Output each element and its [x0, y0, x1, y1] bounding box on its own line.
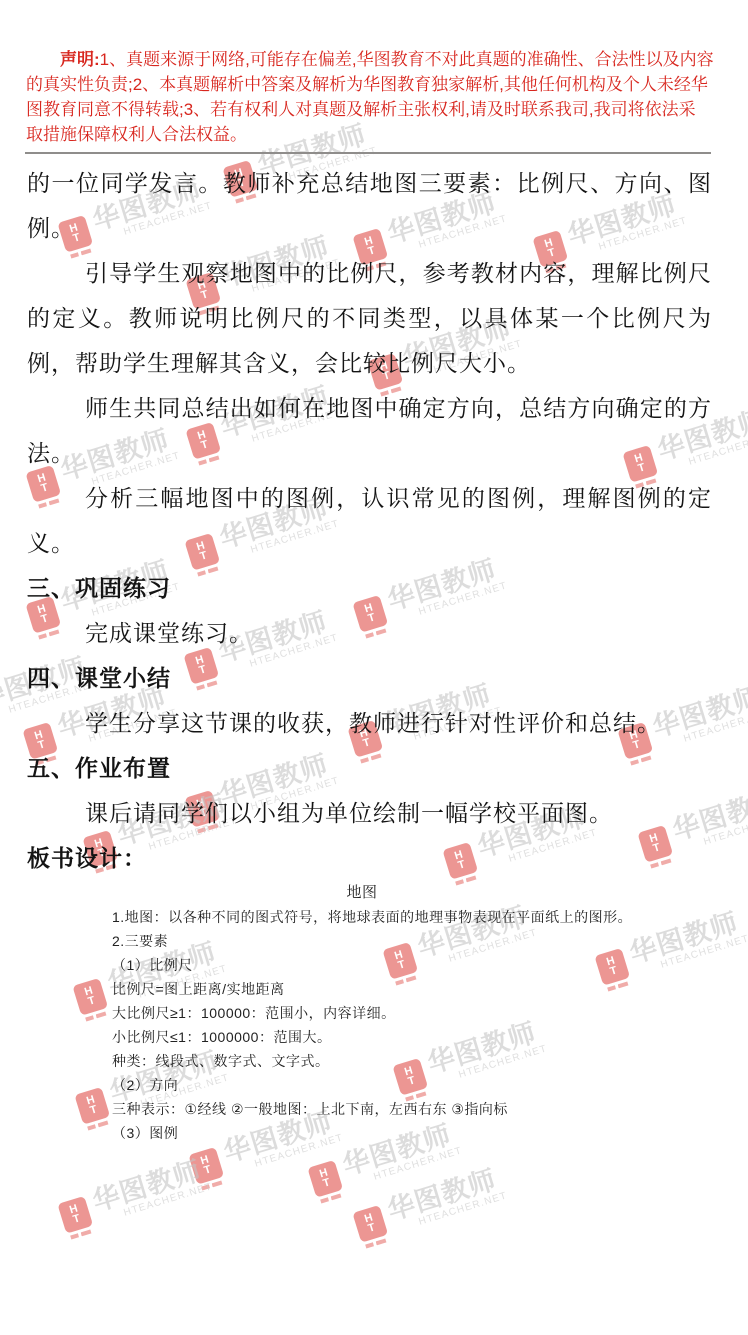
watermark-domain-text: HTEACHER.NET	[122, 1181, 213, 1218]
disclaimer-line: 图教育同意不得转载;3、若有权利人对真题及解析主张权利,请及时联系我司,我司将依…	[26, 97, 718, 122]
board-line: 三种表示：①经线 ②一般地图：上北下南，左西右东 ③指向标	[112, 1097, 637, 1121]
paragraph-scale: 引导学生观察地图中的比例尺，参考教材内容，理解比例尺的定义。教师说明比例尺的不同…	[27, 251, 712, 386]
board-line: （1）比例尺	[112, 953, 637, 977]
paragraph-homework: 课后请同学们以小组为单位绘制一幅学校平面图。	[27, 791, 712, 836]
watermark-domain-text: HTEACHER.NET	[372, 1145, 463, 1182]
board-line: （3）图例	[112, 1121, 637, 1145]
paragraph-direction: 师生共同总结出如何在地图中确定方向，总结方向确定的方法。	[27, 386, 712, 476]
heading-class-summary: 四、课堂小结	[27, 656, 712, 701]
paragraph-legend: 分析三幅地图中的图例，认识常见的图例，理解图例的定义。	[27, 476, 712, 566]
board-line: 比例尺=图上距离/实地距离	[112, 977, 637, 1001]
huatu-logo-icon: HT	[57, 1195, 93, 1233]
document-page: HT华图教师HTEACHER.NETHT华图教师HTEACHER.NETHT华图…	[0, 0, 748, 1335]
board-design-section: 地图 1.地图：以各种不同的图式符号，将地球表面的地理事物表现在平面纸上的图形。…	[112, 881, 637, 1145]
watermark: HT华图教师HTEACHER.NET	[351, 1164, 509, 1245]
disclaimer-line: 取措施保障权利人合法权益。	[26, 122, 718, 147]
disclaimer-text: 1、真题来源于网络,可能存在偏差,华图教育不对此真题的准确性、合法性以及内容	[100, 50, 714, 69]
heading-homework: 五、作业布置	[27, 746, 712, 791]
board-line: 2.三要素	[112, 929, 637, 953]
board-line: 小比例尺≤1：1000000：范围大。	[112, 1025, 637, 1049]
disclaimer-line: 声明:1、真题来源于网络,可能存在偏差,华图教育不对此真题的准确性、合法性以及内…	[26, 47, 718, 72]
board-line: （2）方向	[112, 1073, 637, 1097]
board-title: 地图	[112, 881, 612, 905]
board-line: 1.地图：以各种不同的图式符号，将地球表面的地理事物表现在平面纸上的图形。	[112, 905, 637, 929]
board-line: 种类：线段式、数字式、文字式。	[112, 1049, 637, 1073]
watermark: HT华图教师HTEACHER.NET	[56, 1155, 214, 1236]
paragraph-class-summary: 学生分享这节课的收获，教师进行针对性评价和总结。	[27, 701, 712, 746]
paragraph-map-three-elements: 的一位同学发言。教师补充总结地图三要素：比例尺、方向、图例。	[27, 161, 712, 251]
heading-board-design: 板书设计：	[27, 836, 712, 881]
lesson-content: 的一位同学发言。教师补充总结地图三要素：比例尺、方向、图例。 引导学生观察地图中…	[0, 154, 748, 881]
board-line: 大比例尺≥1：100000：范围小，内容详细。	[112, 1001, 637, 1025]
watermark-text: 华图教师HTEACHER.NET	[385, 1164, 509, 1235]
heading-consolidation-practice: 三、巩固练习	[27, 566, 712, 611]
disclaimer-line: 的真实性负责;2、本真题解析中答案及解析为华图教育独家解析,其他任何机构及个人未…	[26, 72, 718, 97]
huatu-logo-icon: HT	[352, 1204, 388, 1242]
disclaimer-prefix: 声明:	[60, 50, 100, 69]
watermark-brand-text: 华图教师	[385, 1164, 506, 1224]
paragraph-practice: 完成课堂练习。	[27, 611, 712, 656]
watermark-text: 华图教师HTEACHER.NET	[90, 1155, 214, 1226]
huatu-logo-icon: HT	[307, 1159, 343, 1197]
watermark-domain-text: HTEACHER.NET	[417, 1190, 508, 1227]
disclaimer-notice: 声明:1、真题来源于网络,可能存在偏差,华图教育不对此真题的准确性、合法性以及内…	[0, 0, 748, 147]
watermark-brand-text: 华图教师	[90, 1155, 211, 1215]
huatu-logo-icon: HT	[188, 1146, 224, 1184]
